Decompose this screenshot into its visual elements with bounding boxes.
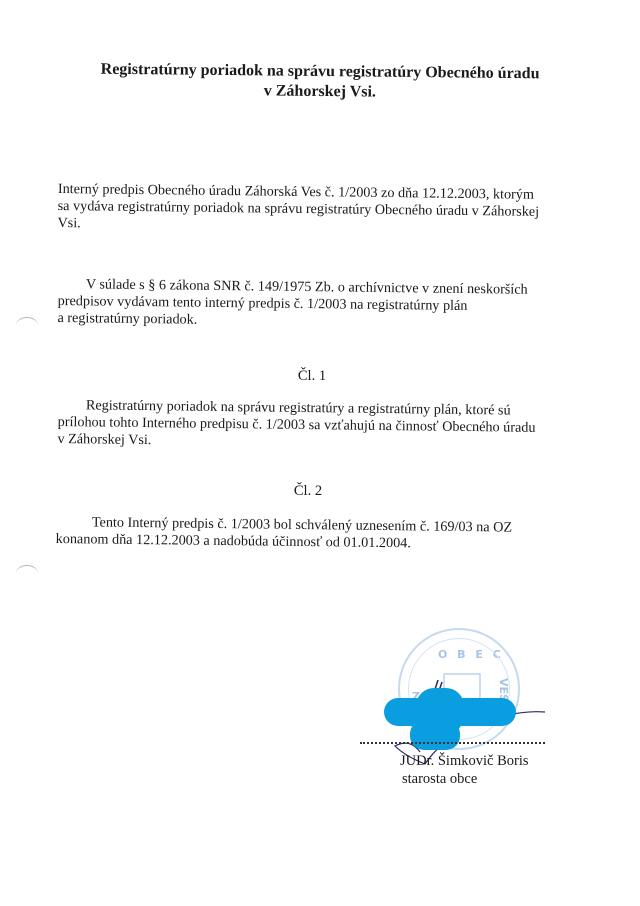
preamble-paragraph: V súlade s § 6 zákona SNR č. 149/1975 Zb… [57,276,558,333]
document-title: Registratúrny poriadok na správu registr… [60,59,580,104]
redaction-mark [410,720,460,750]
article-1-heading: Čl. 1 [252,368,372,385]
article-2-heading: Čl. 2 [248,483,368,500]
intro-paragraph: Interný predpis Obecného úradu Záhorská … [57,181,558,238]
signatory-role: starosta obce [400,770,529,788]
signatory-name: JUDr. Šimkovič Boris [400,752,529,770]
punch-hole-mark [16,565,38,582]
signatory: JUDr. Šimkovič Boris starosta obce [400,752,529,788]
article-2-paragraph: Tento Interný predpis č. 1/2003 bol schv… [56,514,556,554]
punch-hole-mark [16,317,38,334]
article-1-paragraph: Registratúrny poriadok na správu registr… [57,397,558,454]
document-page: Registratúrny poriadok na správu registr… [0,0,640,906]
signature-line [360,742,545,744]
